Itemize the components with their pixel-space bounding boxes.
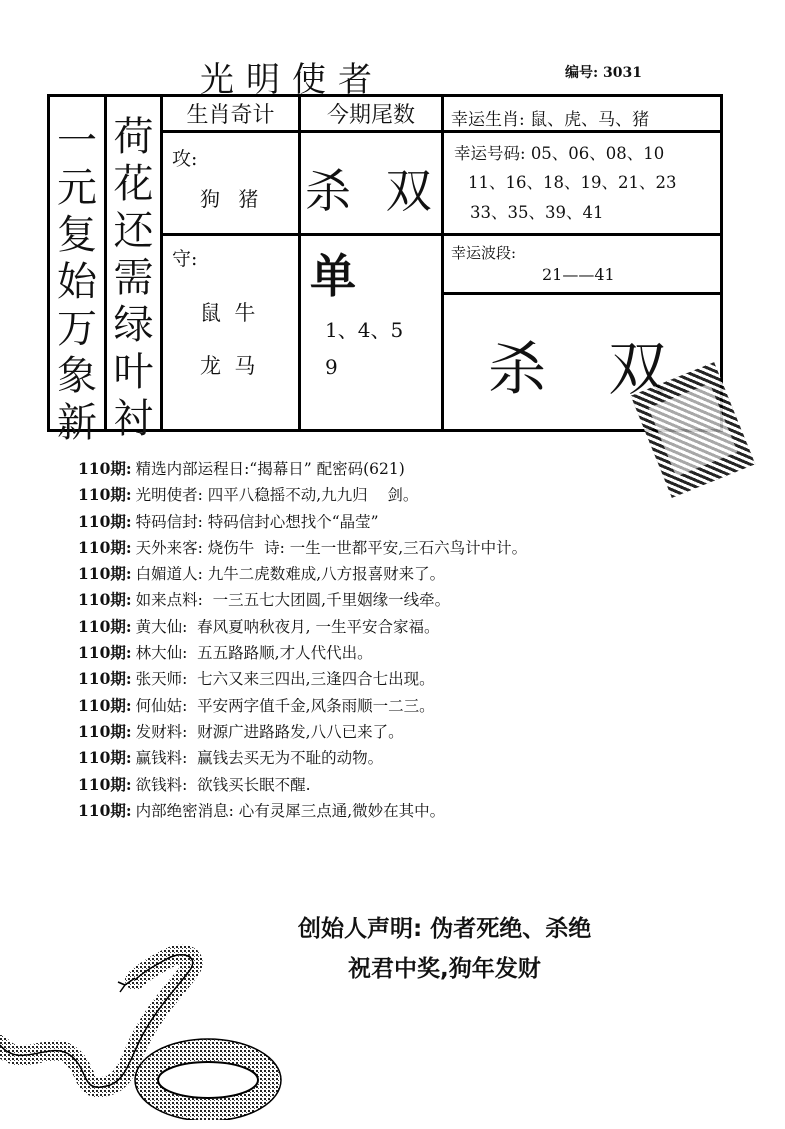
attack-tail: 杀 双 — [305, 155, 442, 221]
list-item: 110期:如来点料: 一三五七大团圆,千里姻缘一线牵。 — [78, 587, 527, 613]
table-border-top — [47, 94, 723, 97]
attack-zodiacs: 狗 猪 — [200, 183, 264, 212]
list-item: 110期:光明使者: 四平八稳摇不动,九九归 剑。 — [78, 482, 527, 508]
period: 110期: — [78, 459, 132, 478]
entry-text: 天外来客: 烧伤牛 诗: 一生一世都平安,三石六鸟计中计。 — [136, 539, 528, 557]
tail-number-header: 今期尾数 — [301, 98, 441, 129]
list-item: 110期:欲钱料: 欲钱买长眠不醒. — [78, 772, 527, 798]
divider — [441, 130, 723, 133]
entry-text: 发财料: 财源广进路路发,八八已来了。 — [136, 723, 404, 741]
char: 花 — [114, 161, 154, 208]
lucky-zodiac: 幸运生肖: 鼠、虎、马、猪 — [451, 105, 649, 130]
period: 110期: — [78, 485, 132, 504]
period: 110期: — [78, 696, 132, 715]
list-item: 110期:内部绝密消息: 心有灵犀三点通,微妙在其中。 — [78, 798, 527, 824]
lucky-numbers-row2: 11、16、18、19、21、23 — [468, 169, 676, 193]
char: 衬 — [114, 396, 154, 443]
lucky-numbers-label: 幸运号码: — [454, 144, 526, 163]
entry-text: 张天师: 七六又来三四出,三逢四合七出现。 — [136, 670, 435, 688]
divider — [160, 130, 443, 133]
char: 需 — [114, 255, 154, 302]
char: 还 — [114, 208, 154, 255]
founder-declaration: 创始人声明: 伪者死绝、杀绝 — [298, 910, 591, 943]
blessing: 祝君中奖,狗年发财 — [348, 950, 541, 983]
vertical-slogan-1: 一 元 复 始 万 象 新 — [50, 118, 104, 447]
period: 110期: — [78, 643, 132, 662]
divider — [160, 233, 443, 236]
list-item: 110期:张天师: 七六又来三四出,三逢四合七出现。 — [78, 666, 527, 692]
entry-text: 何仙姑: 平安两字值千金,风条雨顺一二三。 — [136, 697, 435, 715]
list-item: 110期:黄大仙: 春风夏呐秋夜月, 一生平安合家福。 — [78, 614, 527, 640]
char: 新 — [57, 400, 97, 447]
lucky-numbers: 幸运号码: 05、06、08、10 — [454, 140, 664, 164]
prediction-list: 110期:精选内部运程日:“揭幕日” 配密码(621) 110期:光明使者: 四… — [78, 456, 527, 824]
period: 110期: — [78, 775, 132, 794]
entry-text: 赢钱料: 赢钱去买无为不耻的动物。 — [136, 749, 384, 767]
entry-text: 如来点料: 一三五七大团圆,千里姻缘一线牵。 — [136, 591, 451, 609]
entry-text: 精选内部运程日:“揭幕日” 配密码(621) — [136, 460, 405, 478]
snake-illustration-icon — [0, 930, 290, 1120]
entry-text: 欲钱料: 欲钱买长眠不醒. — [136, 776, 311, 794]
entry-text: 光明使者: 四平八稳摇不动,九九归 剑。 — [136, 486, 419, 504]
divider — [441, 94, 444, 432]
char: 元 — [57, 165, 97, 212]
lucky-numbers-row3: 33、35、39、41 — [470, 199, 603, 223]
char: 叶 — [114, 349, 154, 396]
period: 110期: — [78, 801, 132, 820]
vertical-slogan-2: 荷 花 还 需 绿 叶 衬 — [107, 114, 160, 443]
period: 110期: — [78, 617, 132, 636]
list-item: 110期:天外来客: 烧伤牛 诗: 一生一世都平安,三石六鸟计中计。 — [78, 535, 527, 561]
entry-text: 特码信封: 特码信封心想找个“晶莹” — [136, 513, 379, 531]
lucky-range: 21——41 — [542, 265, 615, 284]
period: 110期: — [78, 538, 132, 557]
char: 象 — [57, 353, 97, 400]
char: 始 — [57, 259, 97, 306]
list-item: 110期:发财料: 财源广进路路发,八八已来了。 — [78, 719, 527, 745]
char: 绿 — [114, 302, 154, 349]
entry-text: 内部绝密消息: 心有灵犀三点通,微妙在其中。 — [136, 802, 446, 820]
char: 一 — [57, 118, 97, 165]
divider — [160, 94, 163, 432]
lucky-range-label: 幸运波段: — [451, 242, 516, 263]
list-item: 110期:白媚道人: 九牛二虎数难成,八方报喜财来了。 — [78, 561, 527, 587]
serial-number: 编号: 3031 — [565, 62, 642, 82]
lucky-numbers-row1: 05、06、08、10 — [531, 144, 664, 163]
defense-zodiacs-row2: 龙 马 — [200, 350, 255, 380]
list-item: 110期:精选内部运程日:“揭幕日” 配密码(621) — [78, 456, 527, 482]
defense-tail-nums-row1: 1、4、5 — [325, 314, 403, 343]
defense-zodiacs-row1: 鼠 牛 — [200, 297, 255, 327]
defense-tail-big: 单 — [310, 240, 356, 306]
list-item: 110期:特码信封: 特码信封心想找个“晶莹” — [78, 509, 527, 535]
period: 110期: — [78, 748, 132, 767]
list-item: 110期:何仙姑: 平安两字值千金,风条雨顺一二三。 — [78, 693, 527, 719]
period: 110期: — [78, 590, 132, 609]
defense-label: 守: — [172, 244, 197, 271]
attack-label: 攻: — [172, 144, 197, 171]
divider — [441, 233, 723, 236]
period: 110期: — [78, 512, 132, 531]
char: 荷 — [114, 114, 154, 161]
char: 万 — [57, 306, 97, 353]
defense-tail-nums-row2: 9 — [325, 355, 338, 379]
divider — [441, 292, 723, 295]
period: 110期: — [78, 722, 132, 741]
list-item: 110期:赢钱料: 赢钱去买无为不耻的动物。 — [78, 745, 527, 771]
period: 110期: — [78, 564, 132, 583]
char: 复 — [57, 212, 97, 259]
zodiac-plan-header: 生肖奇计 — [163, 98, 298, 129]
divider — [298, 94, 301, 432]
list-item: 110期:林大仙: 五五路路顺,才人代代出。 — [78, 640, 527, 666]
entry-text: 白媚道人: 九牛二虎数难成,八方报喜财来了。 — [136, 565, 446, 583]
entry-text: 林大仙: 五五路路顺,才人代代出。 — [136, 644, 373, 662]
period: 110期: — [78, 669, 132, 688]
entry-text: 黄大仙: 春风夏呐秋夜月, 一生平安合家福。 — [136, 618, 440, 636]
